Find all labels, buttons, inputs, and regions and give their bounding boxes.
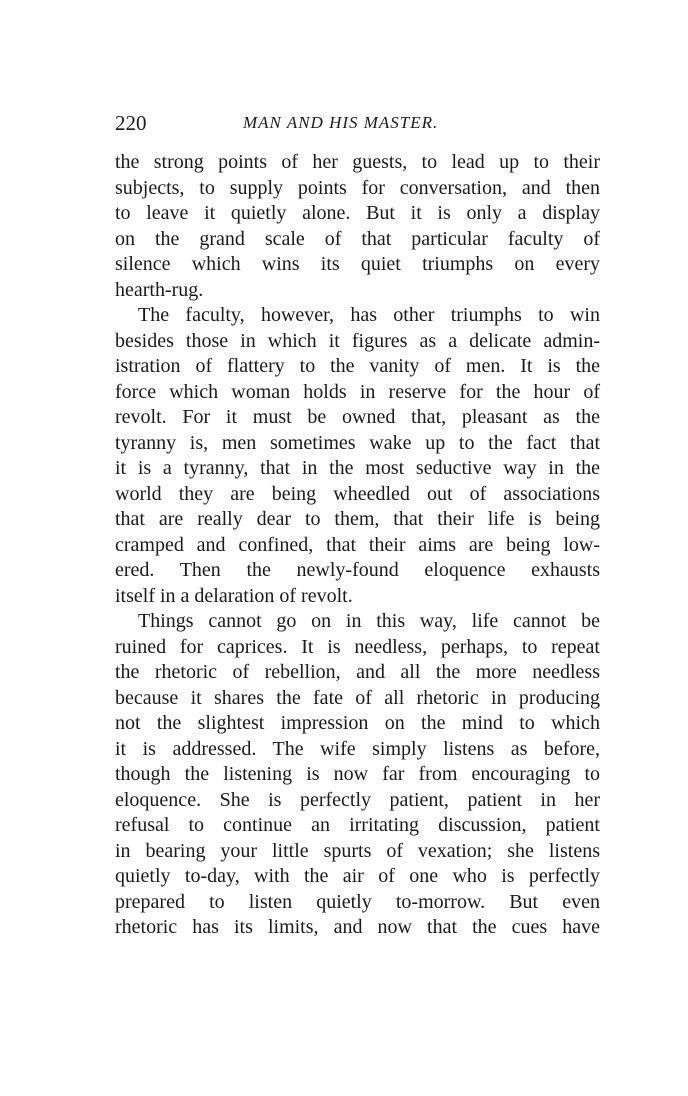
text-line: in bearing your little spurts of vexatio… <box>115 839 600 865</box>
text-line: to leave it quietly alone. But it is onl… <box>115 201 600 227</box>
text-line: eloquence. She is perfectly patient, pat… <box>115 788 600 814</box>
text-line: besides those in which it figures as a d… <box>115 329 600 355</box>
running-title: MAN AND HIS MASTER. <box>243 108 438 138</box>
page-number: 220 <box>115 108 147 138</box>
text-line: istration of flattery to the vanity of m… <box>115 354 600 380</box>
text-line: force which woman holds in reserve for t… <box>115 380 600 406</box>
text-line: on the grand scale of that particular fa… <box>115 227 600 253</box>
text-line: rhetoric has its limits, and now that th… <box>115 915 600 941</box>
text-line: though the listening is now far from enc… <box>115 762 600 788</box>
body-text: the strong points of her guests, to lead… <box>115 150 600 941</box>
text-line: subjects, to supply points for conversat… <box>115 176 600 202</box>
text-line: quietly to-day, with the air of one who … <box>115 864 600 890</box>
text-line: silence which wins its quiet triumphs on… <box>115 252 600 278</box>
text-line: The faculty, however, has other triumphs… <box>115 303 600 329</box>
text-line: revolt. For it must be owned that, pleas… <box>115 405 600 431</box>
text-line: Things cannot go on in this way, life ca… <box>115 609 600 635</box>
text-line: tyranny is, men sometimes wake up to the… <box>115 431 600 457</box>
text-line: refusal to continue an irritating discus… <box>115 813 600 839</box>
text-line: that are really dear to them, that their… <box>115 507 600 533</box>
page-header: 220 MAN AND HIS MASTER. <box>115 108 600 138</box>
text-line: world they are being wheedled out of ass… <box>115 482 600 508</box>
text-line: the rhetoric of rebellion, and all the m… <box>115 660 600 686</box>
text-line: ered. Then the newly-found eloquence exh… <box>115 558 600 584</box>
text-line: it is addressed. The wife simply listens… <box>115 737 600 763</box>
text-line: hearth-rug. <box>115 278 600 304</box>
text-line: itself in a delaration of revolt. <box>115 584 600 610</box>
text-line: it is a tyranny, that in the most seduct… <box>115 456 600 482</box>
text-line: prepared to listen quietly to-morrow. Bu… <box>115 890 600 916</box>
text-line: ruined for caprices. It is needless, per… <box>115 635 600 661</box>
text-line: cramped and confined, that their aims ar… <box>115 533 600 559</box>
text-line: not the slightest impression on the mind… <box>115 711 600 737</box>
book-page: 220 MAN AND HIS MASTER. the strong point… <box>0 0 688 1096</box>
text-line: because it shares the fate of all rhetor… <box>115 686 600 712</box>
text-line: the strong points of her guests, to lead… <box>115 150 600 176</box>
